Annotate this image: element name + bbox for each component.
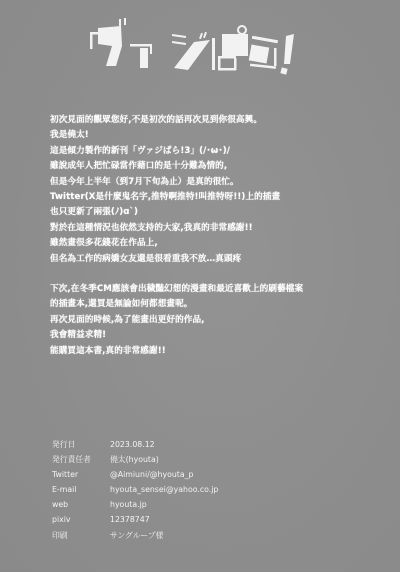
colophon-row-email: E-mail hyouta_sensei@yahoo.co.jp bbox=[52, 482, 352, 497]
colophon-label: E-mail bbox=[52, 482, 110, 497]
text-line: 對於在這種情況也依然支持的大家,我真的非常感謝!! bbox=[50, 221, 370, 236]
colophon-value: @Aimiuni/@hyouta_p bbox=[110, 467, 352, 482]
text-line: 我是僥太! bbox=[50, 128, 370, 143]
text-line: Twitter(X是什麼鬼名字,推特啊推特!叫推特呀!!)上的插畫 bbox=[50, 190, 370, 205]
title-logo: ヴァジぱら! bbox=[86, 18, 306, 78]
text-line: 雖說成年人把忙碌當作藉口的是十分難為情的, bbox=[50, 159, 370, 174]
afterword-page: ヴァジぱら! bbox=[0, 0, 400, 572]
colophon: 発行日 2023.08.12 発行責任者 僥太(hyouta) Twitter … bbox=[52, 437, 352, 543]
text-line: 下次,在冬季CM應該會出穢豔幻想的漫畫和最近喜歡上的刷藝檔案 bbox=[50, 282, 370, 297]
text-line: 但名為工作的病嬌女友還是很看重我不放…真頭疼 bbox=[50, 252, 370, 267]
text-line: 雖然畫很多花錢花在作品上, bbox=[50, 236, 370, 251]
afterword-paragraph-1: 初次見面的觀眾您好,不是初次的話再次見到你很高興。 我是僥太! 這是傾力製作的新… bbox=[50, 113, 370, 267]
afterword-paragraph-2: 下次,在冬季CM應該會出穢豔幻想的漫畫和最近喜歡上的刷藝檔案 的插畫本,還買是無… bbox=[50, 282, 370, 359]
text-line: 再次見面的時候,為了能畫出更好的作品, bbox=[50, 313, 370, 328]
colophon-value: hyouta.jp bbox=[110, 497, 352, 512]
text-line: 的插畫本,還買是無論如何都想畫呢。 bbox=[50, 297, 370, 312]
colophon-row-publisher: 発行責任者 僥太(hyouta) bbox=[52, 452, 352, 467]
colophon-row-printer: 印刷 サングループ様 bbox=[52, 528, 352, 543]
colophon-label: 発行日 bbox=[52, 437, 110, 452]
colophon-row-date: 発行日 2023.08.12 bbox=[52, 437, 352, 452]
colophon-value: 2023.08.12 bbox=[110, 437, 352, 452]
text-line: 但是今年上半年（到7月下旬為止）是真的很忙。 bbox=[50, 175, 370, 190]
colophon-label: pixiv bbox=[52, 512, 110, 527]
colophon-value: サングループ様 bbox=[110, 528, 352, 543]
colophon-label: 印刷 bbox=[52, 528, 110, 543]
colophon-value: hyouta_sensei@yahoo.co.jp bbox=[110, 482, 352, 497]
colophon-row-web: web hyouta.jp bbox=[52, 497, 352, 512]
colophon-label: web bbox=[52, 497, 110, 512]
afterword-text: 初次見面的觀眾您好,不是初次的話再次見到你很高興。 我是僥太! 這是傾力製作的新… bbox=[50, 113, 370, 359]
text-line: 我會精益求精! bbox=[50, 328, 370, 343]
text-line: 也只更新了兩張(ﾉ)ɑ`) bbox=[50, 205, 370, 220]
title-logo-graphic bbox=[86, 18, 306, 78]
colophon-value: 僥太(hyouta) bbox=[110, 452, 352, 467]
text-line: 初次見面的觀眾您好,不是初次的話再次見到你很高興。 bbox=[50, 113, 370, 128]
colophon-label: Twitter bbox=[52, 467, 110, 482]
colophon-row-twitter: Twitter @Aimiuni/@hyouta_p bbox=[52, 467, 352, 482]
text-line: 能購買這本書,真的非常感謝!! bbox=[50, 344, 370, 359]
text-line: 這是傾力製作的新刊「ヴァジぱら!3」(/･ω･)/ bbox=[50, 144, 370, 159]
colophon-value: 12378747 bbox=[110, 512, 352, 527]
colophon-label: 発行責任者 bbox=[52, 452, 110, 467]
colophon-row-pixiv: pixiv 12378747 bbox=[52, 512, 352, 527]
